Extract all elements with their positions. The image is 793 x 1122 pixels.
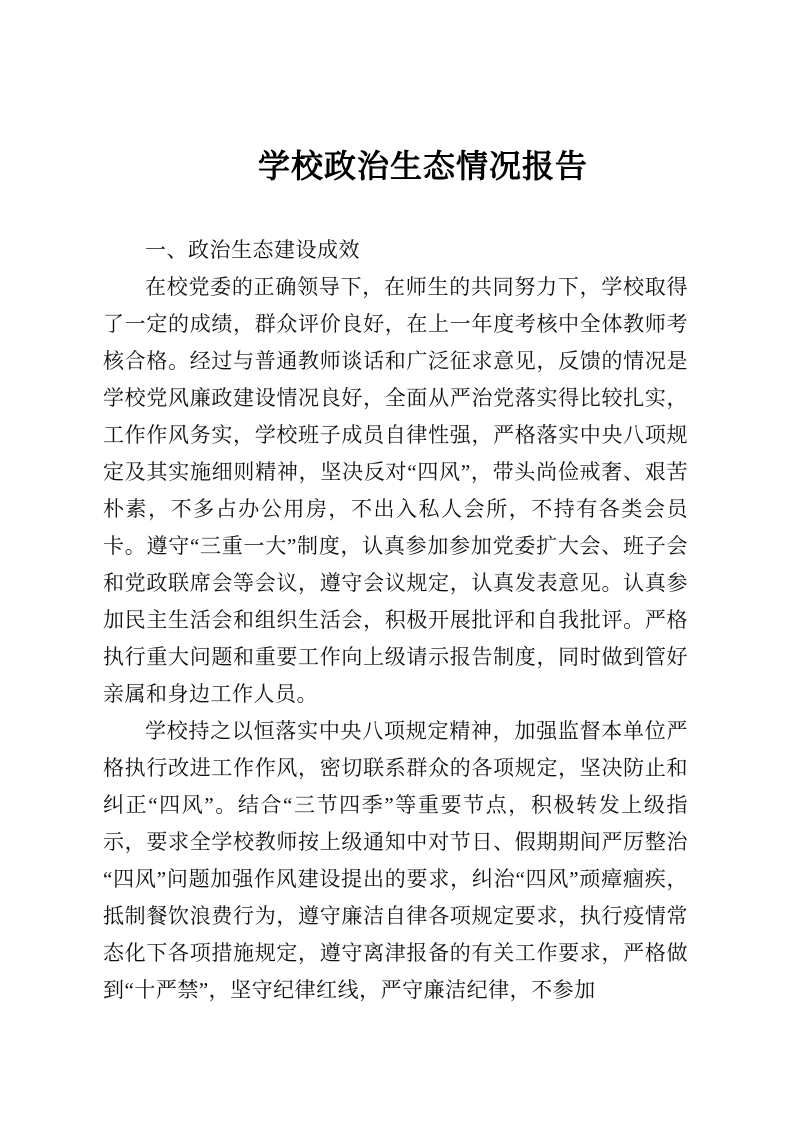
document-body: 一、政治生态建设成效 在校党委的正确领导下，在师生的共同努力下，学校取得了一定的… [103, 232, 688, 1009]
document-title: 学校政治生态情况报告 [103, 142, 688, 190]
paragraph: 在校党委的正确领导下，在师生的共同努力下，学校取得了一定的成绩，群众评价良好，在… [103, 269, 688, 713]
paragraph: 学校持之以恒落实中央八项规定精神，加强监督本单位严格执行改进工作作风，密切联系群… [103, 713, 688, 1009]
document-page: 学校政治生态情况报告 一、政治生态建设成效 在校党委的正确领导下，在师生的共同努… [0, 0, 793, 1122]
section-heading: 一、政治生态建设成效 [103, 232, 688, 269]
